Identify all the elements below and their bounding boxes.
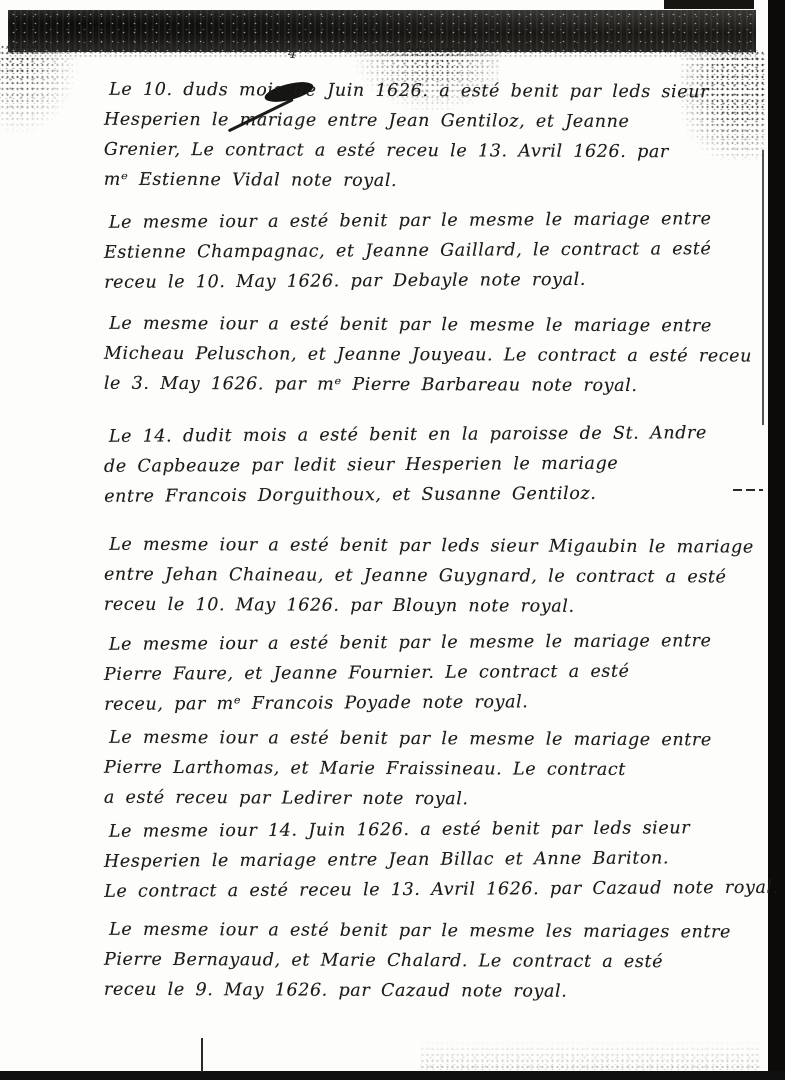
scan-artifact-bottom-bar	[0, 1071, 785, 1080]
handwritten-line: Le mesme iour a esté benit par le mesme …	[109, 915, 704, 948]
scan-artifact-right-notch	[762, 150, 764, 425]
scan-speckle-top-left	[0, 44, 78, 134]
manuscript-entry: Le 14. dudit mois a esté benit en la par…	[104, 418, 705, 512]
handwritten-line: a esté receu par Ledirer note royal.	[104, 783, 704, 816]
scanned-manuscript-page: 4 Le 10. duds mois de Juin 1626. a esté …	[0, 0, 785, 1080]
handwritten-line: receu le 10. May 1626. par Debayle note …	[104, 264, 704, 298]
handwritten-line: entre Jehan Chaineau, et Jeanne Guygnard…	[104, 560, 704, 593]
manuscript-entry: Le mesme iour a esté benit par le mesme …	[104, 309, 704, 402]
manuscript-entry: Le mesme iour 14. Juin 1626. a esté beni…	[104, 813, 705, 907]
page-mark: 4	[287, 46, 297, 63]
handwritten-line: Le mesme iour a esté benit par leds sieu…	[109, 530, 704, 563]
scan-artifact-bottom-tick	[201, 1038, 203, 1072]
manuscript-entry: Le mesme iour a esté benit par le mesme …	[104, 204, 705, 298]
handwritten-line: Pierre Larthomas, et Marie Fraissineau. …	[104, 753, 704, 786]
handwritten-line: entre Francois Dorguithoux, et Susanne G…	[104, 478, 704, 512]
handwritten-line: Le mesme iour a esté benit par le mesme …	[109, 204, 704, 238]
stray-pen-dashes	[733, 489, 763, 491]
scan-artifact-top-edge-block	[664, 0, 754, 9]
handwritten-line: Pierre Faure, et Jeanne Fournier. Le con…	[104, 656, 704, 690]
handwritten-line: Grenier, Le contract a esté receu le 13.…	[104, 135, 704, 168]
handwritten-line: le 3. May 1626. par mᵉ Pierre Barbareau …	[104, 369, 704, 402]
handwritten-line: Le mesme iour 14. Juin 1626. a esté beni…	[109, 813, 704, 847]
handwritten-line: Hesperien le mariage entre Jean Billac e…	[104, 843, 704, 877]
handwritten-line: mᵉ Estienne Vidal note royal.	[104, 165, 704, 198]
handwritten-line: Le mesme iour a esté benit par le mesme …	[109, 723, 704, 756]
manuscript-entry: Le mesme iour a esté benit par le mesme …	[104, 915, 704, 1008]
scan-artifact-right-band	[768, 0, 785, 1080]
manuscript-entry: Le mesme iour a esté benit par le mesme …	[104, 626, 705, 720]
handwritten-line: receu le 9. May 1626. par Cazaud note ro…	[104, 975, 704, 1008]
handwritten-line: Le mesme iour a esté benit par le mesme …	[109, 309, 704, 342]
handwritten-line: receu, par mᵉ Francois Poyade note royal…	[104, 686, 704, 720]
handwritten-line: Estienne Champagnac, et Jeanne Gaillard,…	[104, 234, 704, 268]
handwritten-line: Le 10. duds mois de Juin 1626. a esté be…	[109, 75, 704, 108]
scan-smudge-bottom	[420, 1040, 760, 1070]
handwritten-line: Le contract a esté receu le 13. Avril 16…	[104, 873, 704, 907]
handwritten-line: Pierre Bernayaud, et Marie Chalard. Le c…	[104, 945, 704, 978]
handwritten-line: de Capbeauze par ledit sieur Hesperien l…	[104, 448, 704, 482]
handwritten-line: Micheau Peluschon, et Jeanne Jouyeau. Le…	[104, 339, 704, 372]
manuscript-entry: Le 10. duds mois de Juin 1626. a esté be…	[104, 75, 705, 198]
handwritten-line: Le 14. dudit mois a esté benit en la par…	[109, 418, 704, 452]
manuscript-entry: Le mesme iour a esté benit par le mesme …	[104, 723, 704, 816]
handwritten-line: receu le 10. May 1626. par Blouyn note r…	[104, 590, 704, 623]
handwritten-line: Le mesme iour a esté benit par le mesme …	[109, 626, 704, 660]
handwritten-line: Hesperien le mariage entre Jean Gentiloz…	[104, 105, 704, 138]
manuscript-entry: Le mesme iour a esté benit par leds sieu…	[104, 530, 704, 623]
